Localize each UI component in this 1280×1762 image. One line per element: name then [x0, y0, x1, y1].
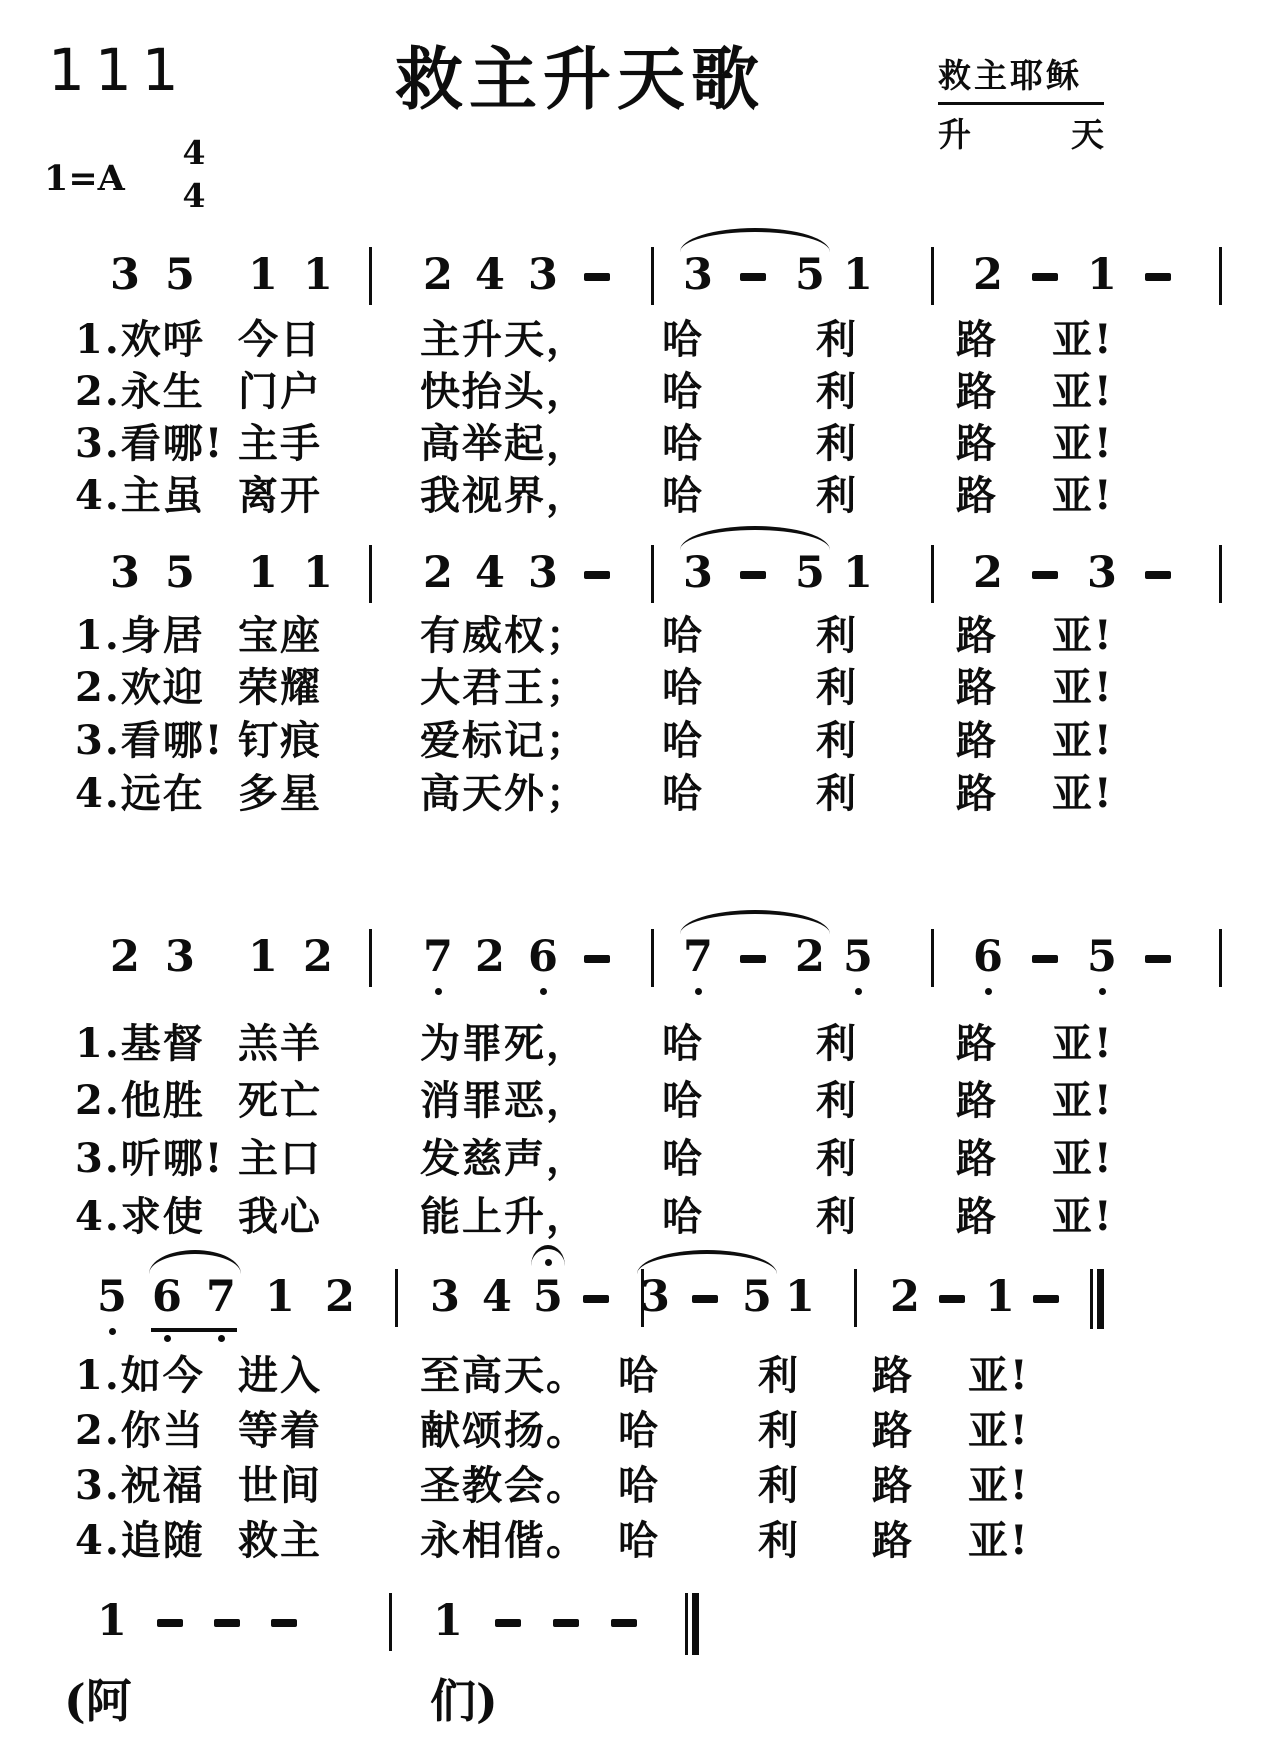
hallelujah-syllable: 路	[956, 320, 998, 360]
rest-dash	[1033, 1295, 1059, 1303]
verse-phrase: 主升天，	[420, 320, 588, 360]
barline	[389, 1593, 392, 1651]
verse-phrase: 快抬头，	[420, 372, 588, 412]
barline	[1090, 1269, 1093, 1329]
rest-dash	[1145, 571, 1171, 579]
hallelujah-syllable: 路	[956, 476, 998, 516]
hallelujah-syllable: 哈	[662, 1024, 704, 1064]
hallelujah-syllable: 亚!	[968, 1411, 1030, 1451]
hallelujah-syllable: 哈	[662, 320, 704, 360]
verse-phrase: 圣教会。	[420, 1466, 588, 1506]
hallelujah-syllable: 路	[956, 372, 998, 412]
music-note: 3	[110, 552, 140, 595]
rest-dash	[214, 1619, 240, 1627]
rest-dash	[271, 1619, 297, 1627]
music-note: 5	[795, 552, 825, 595]
key-signature: 1=A	[44, 158, 125, 199]
hallelujah-syllable: 哈	[662, 1197, 704, 1237]
hallelujah-syllable: 哈	[618, 1356, 660, 1396]
hallelujah-syllable: 利	[758, 1466, 800, 1506]
slur	[680, 228, 830, 252]
music-note: 2	[890, 1276, 920, 1319]
rest-dash	[1145, 955, 1171, 963]
hallelujah-syllable: 亚!	[1052, 320, 1114, 360]
verse-opening: 3.看哪!	[75, 424, 224, 464]
verse-opening: 2.永生	[75, 372, 205, 412]
hallelujah-syllable: 哈	[662, 721, 704, 761]
hallelujah-syllable: 哈	[662, 774, 704, 814]
hallelujah-syllable: 路	[956, 1024, 998, 1064]
verse-word: 羔羊	[238, 1024, 322, 1064]
music-note: 2	[475, 936, 505, 979]
verse-phrase: 高举起，	[420, 424, 588, 464]
hallelujah-syllable: 亚!	[1052, 424, 1114, 464]
music-note: 1	[248, 936, 278, 979]
category-label: 救主耶稣 升 天	[938, 50, 1104, 156]
meter-denominator: 4	[172, 175, 216, 218]
music-note: 3	[683, 552, 713, 595]
verse-opening: 4.求使	[75, 1197, 205, 1237]
hallelujah-syllable: 利	[758, 1356, 800, 1396]
slur	[637, 1250, 777, 1274]
verse-word: 主手	[238, 424, 322, 464]
hallelujah-syllable: 路	[872, 1521, 914, 1561]
verse-opening: 1.身居	[75, 616, 205, 656]
music-note: 3	[528, 552, 558, 595]
verse-phrase: 献颂扬。	[420, 1411, 588, 1451]
hallelujah-syllable: 亚!	[968, 1356, 1030, 1396]
hallelujah-syllable: 亚!	[1052, 1024, 1114, 1064]
hallelujah-syllable: 利	[758, 1411, 800, 1451]
music-note: 1	[1087, 254, 1117, 297]
rest-dash	[611, 1619, 637, 1627]
verse-phrase: 能上升，	[420, 1197, 588, 1237]
hallelujah-syllable: 哈	[662, 1081, 704, 1121]
octave-dot	[164, 1335, 171, 1342]
hallelujah-syllable: 路	[956, 424, 998, 464]
rest-dash	[495, 1619, 521, 1627]
barline	[854, 1269, 857, 1327]
rest-dash	[553, 1619, 579, 1627]
music-note: 7	[206, 1276, 236, 1319]
hallelujah-syllable: 哈	[662, 1139, 704, 1179]
slur	[149, 1250, 241, 1274]
hallelujah-syllable: 路	[956, 721, 998, 761]
rest-dash	[1032, 955, 1058, 963]
hallelujah-syllable: 哈	[662, 372, 704, 412]
music-note: 4	[482, 1276, 512, 1319]
hallelujah-syllable: 路	[956, 1081, 998, 1121]
category-bottom-left: 升	[938, 109, 971, 156]
verse-phrase: 为罪死，	[420, 1024, 588, 1064]
hallelujah-syllable: 利	[816, 774, 858, 814]
barline	[685, 1593, 688, 1655]
music-note: 1	[248, 552, 278, 595]
hallelujah-syllable: 哈	[618, 1466, 660, 1506]
verse-word: 门户	[238, 372, 322, 412]
verse-opening: 4.远在	[75, 774, 205, 814]
verse-opening: 3.祝福	[75, 1466, 205, 1506]
hallelujah-syllable: 路	[956, 1139, 998, 1179]
music-note: 5	[1087, 936, 1117, 979]
hallelujah-syllable: 路	[872, 1411, 914, 1451]
time-signature: 4 4	[172, 132, 216, 218]
hallelujah-syllable: 利	[816, 424, 858, 464]
rest-dash	[740, 955, 766, 963]
music-note: 2	[423, 552, 453, 595]
meter-numerator: 4	[172, 132, 216, 175]
music-note: 2	[973, 552, 1003, 595]
music-note: 6	[528, 936, 558, 979]
hallelujah-syllable: 亚!	[1052, 616, 1114, 656]
rest-dash	[584, 571, 610, 579]
verse-phrase: 发慈声，	[420, 1139, 588, 1179]
octave-dot	[218, 1335, 225, 1342]
music-note: 3	[1087, 552, 1117, 595]
music-note: 3	[430, 1276, 460, 1319]
rest-dash	[740, 571, 766, 579]
octave-dot	[540, 988, 547, 995]
barline	[651, 247, 654, 305]
rest-dash	[1145, 273, 1171, 281]
rest-dash	[583, 1295, 609, 1303]
music-note: 5	[843, 936, 873, 979]
music-note: 2	[973, 254, 1003, 297]
hallelujah-syllable: 亚!	[1052, 721, 1114, 761]
hallelujah-syllable: 利	[816, 1197, 858, 1237]
hallelujah-syllable: 哈	[662, 424, 704, 464]
music-note: 4	[475, 552, 505, 595]
verse-word: 死亡	[238, 1081, 322, 1121]
hallelujah-syllable: 利	[816, 1081, 858, 1121]
verse-opening: 2.你当	[75, 1411, 205, 1451]
hallelujah-syllable: 亚!	[968, 1466, 1030, 1506]
verse-phrase: 爱标记；	[420, 721, 588, 761]
octave-dot	[109, 1328, 116, 1335]
music-note: 3	[683, 254, 713, 297]
hallelujah-syllable: 哈	[662, 668, 704, 708]
rest-dash	[939, 1295, 965, 1303]
hallelujah-syllable: 哈	[662, 476, 704, 516]
music-note: 1	[248, 254, 278, 297]
verse-opening: 1.如今	[75, 1356, 205, 1396]
music-note: 5	[533, 1276, 563, 1319]
verse-word: 主口	[238, 1139, 322, 1179]
music-note: 6	[152, 1276, 182, 1319]
octave-dot	[855, 988, 862, 995]
hallelujah-syllable: 利	[816, 476, 858, 516]
verse-word: 进入	[238, 1356, 322, 1396]
music-note: 3	[110, 254, 140, 297]
hallelujah-syllable: 亚!	[1052, 372, 1114, 412]
verse-opening: 3.看哪!	[75, 721, 224, 761]
barline	[1219, 247, 1222, 305]
hallelujah-syllable: 亚!	[1052, 774, 1114, 814]
music-note: 1	[785, 1276, 815, 1319]
barline	[395, 1269, 398, 1327]
hymn-sheet: 111 救主升天歌 救主耶稣 升 天 1=A 4 4 3511243351211…	[0, 0, 1280, 1762]
hallelujah-syllable: 哈	[618, 1521, 660, 1561]
hallelujah-syllable: 亚!	[1052, 1139, 1114, 1179]
amen-lyric-right: 们)	[430, 1678, 498, 1724]
thick-barline	[692, 1593, 699, 1655]
music-note: 2	[110, 936, 140, 979]
barline	[1219, 929, 1222, 987]
verse-word: 宝座	[238, 616, 322, 656]
music-note: 6	[973, 936, 1003, 979]
music-note: 5	[165, 254, 195, 297]
music-note: 1	[97, 1600, 127, 1643]
music-note: 2	[795, 936, 825, 979]
verse-word: 我心	[238, 1197, 322, 1237]
octave-dot	[695, 988, 702, 995]
verse-phrase: 永相偕。	[420, 1521, 588, 1561]
music-note: 2	[303, 936, 333, 979]
hallelujah-syllable: 利	[816, 616, 858, 656]
music-note: 5	[795, 254, 825, 297]
hallelujah-syllable: 利	[816, 668, 858, 708]
barline	[369, 247, 372, 305]
verse-phrase: 有威权；	[420, 616, 588, 656]
music-note: 1	[303, 552, 333, 595]
music-note: 2	[325, 1276, 355, 1319]
music-note: 1	[843, 254, 873, 297]
verse-word: 荣耀	[238, 668, 322, 708]
hymn-number: 111	[48, 36, 189, 104]
barline	[1219, 545, 1222, 603]
hallelujah-syllable: 亚!	[1052, 1081, 1114, 1121]
hallelujah-syllable: 利	[816, 320, 858, 360]
music-note: 3	[165, 936, 195, 979]
beam	[151, 1328, 237, 1332]
barline	[931, 247, 934, 305]
verse-phrase: 我视界，	[420, 476, 588, 516]
verse-phrase: 大君王；	[420, 668, 588, 708]
barline	[369, 545, 372, 603]
music-note: 5	[165, 552, 195, 595]
hallelujah-syllable: 亚!	[1052, 1197, 1114, 1237]
hallelujah-syllable: 路	[872, 1356, 914, 1396]
hallelujah-syllable: 哈	[662, 616, 704, 656]
music-note: 1	[843, 552, 873, 595]
rest-dash	[584, 273, 610, 281]
hallelujah-syllable: 利	[816, 372, 858, 412]
verse-opening: 1.欢呼	[75, 320, 205, 360]
verse-opening: 3.听哪!	[75, 1139, 224, 1179]
hallelujah-syllable: 利	[816, 1139, 858, 1179]
music-note: 1	[265, 1276, 295, 1319]
verse-phrase: 高天外；	[420, 774, 588, 814]
verse-opening: 4.追随	[75, 1521, 205, 1561]
music-note: 3	[528, 254, 558, 297]
music-note: 5	[97, 1276, 127, 1319]
hallelujah-syllable: 路	[956, 668, 998, 708]
barline	[651, 929, 654, 987]
category-bottom-right: 天	[1071, 109, 1104, 156]
barline	[931, 545, 934, 603]
verse-word: 救主	[238, 1521, 322, 1561]
rest-dash	[1032, 273, 1058, 281]
hallelujah-syllable: 路	[956, 774, 998, 814]
rest-dash	[157, 1619, 183, 1627]
slur	[680, 526, 830, 550]
octave-dot	[435, 988, 442, 995]
amen-lyric-left: (阿	[64, 1678, 132, 1724]
music-note: 5	[742, 1276, 772, 1319]
hymn-title: 救主升天歌	[395, 26, 765, 123]
verse-opening: 4.主虽	[75, 476, 205, 516]
hallelujah-syllable: 路	[956, 616, 998, 656]
verse-word: 等着	[238, 1411, 322, 1451]
rest-dash	[692, 1295, 718, 1303]
barline	[651, 545, 654, 603]
verse-word: 世间	[238, 1466, 322, 1506]
octave-dot	[1099, 988, 1106, 995]
verse-opening: 2.他胜	[75, 1081, 205, 1121]
verse-opening: 2.欢迎	[75, 668, 205, 708]
music-note: 1	[985, 1276, 1015, 1319]
verse-word: 多星	[238, 774, 322, 814]
verse-phrase: 至高天。	[420, 1356, 588, 1396]
music-note: 7	[423, 936, 453, 979]
rest-dash	[584, 955, 610, 963]
fermata-dot	[545, 1259, 552, 1266]
rest-dash	[740, 273, 766, 281]
verse-opening: 1.基督	[75, 1024, 205, 1064]
music-note: 7	[683, 936, 713, 979]
hallelujah-syllable: 亚!	[1052, 668, 1114, 708]
music-note: 4	[475, 254, 505, 297]
music-note: 3	[640, 1276, 670, 1319]
hallelujah-syllable: 路	[872, 1466, 914, 1506]
music-note: 2	[423, 254, 453, 297]
thick-barline	[1097, 1269, 1104, 1329]
hallelujah-syllable: 利	[758, 1521, 800, 1561]
barline	[369, 929, 372, 987]
music-note: 1	[433, 1600, 463, 1643]
octave-dot	[985, 988, 992, 995]
hallelujah-syllable: 路	[956, 1197, 998, 1237]
barline	[931, 929, 934, 987]
verse-word: 钉痕	[238, 721, 322, 761]
category-bottom: 升 天	[938, 109, 1104, 156]
verse-phrase: 消罪恶，	[420, 1081, 588, 1121]
hallelujah-syllable: 亚!	[1052, 476, 1114, 516]
verse-word: 离开	[238, 476, 322, 516]
rest-dash	[1032, 571, 1058, 579]
hallelujah-syllable: 利	[816, 1024, 858, 1064]
category-top: 救主耶稣	[938, 50, 1104, 105]
music-note: 1	[303, 254, 333, 297]
hallelujah-syllable: 利	[816, 721, 858, 761]
slur	[680, 910, 830, 934]
hallelujah-syllable: 哈	[618, 1411, 660, 1451]
hallelujah-syllable: 亚!	[968, 1521, 1030, 1561]
verse-word: 今日	[238, 320, 322, 360]
